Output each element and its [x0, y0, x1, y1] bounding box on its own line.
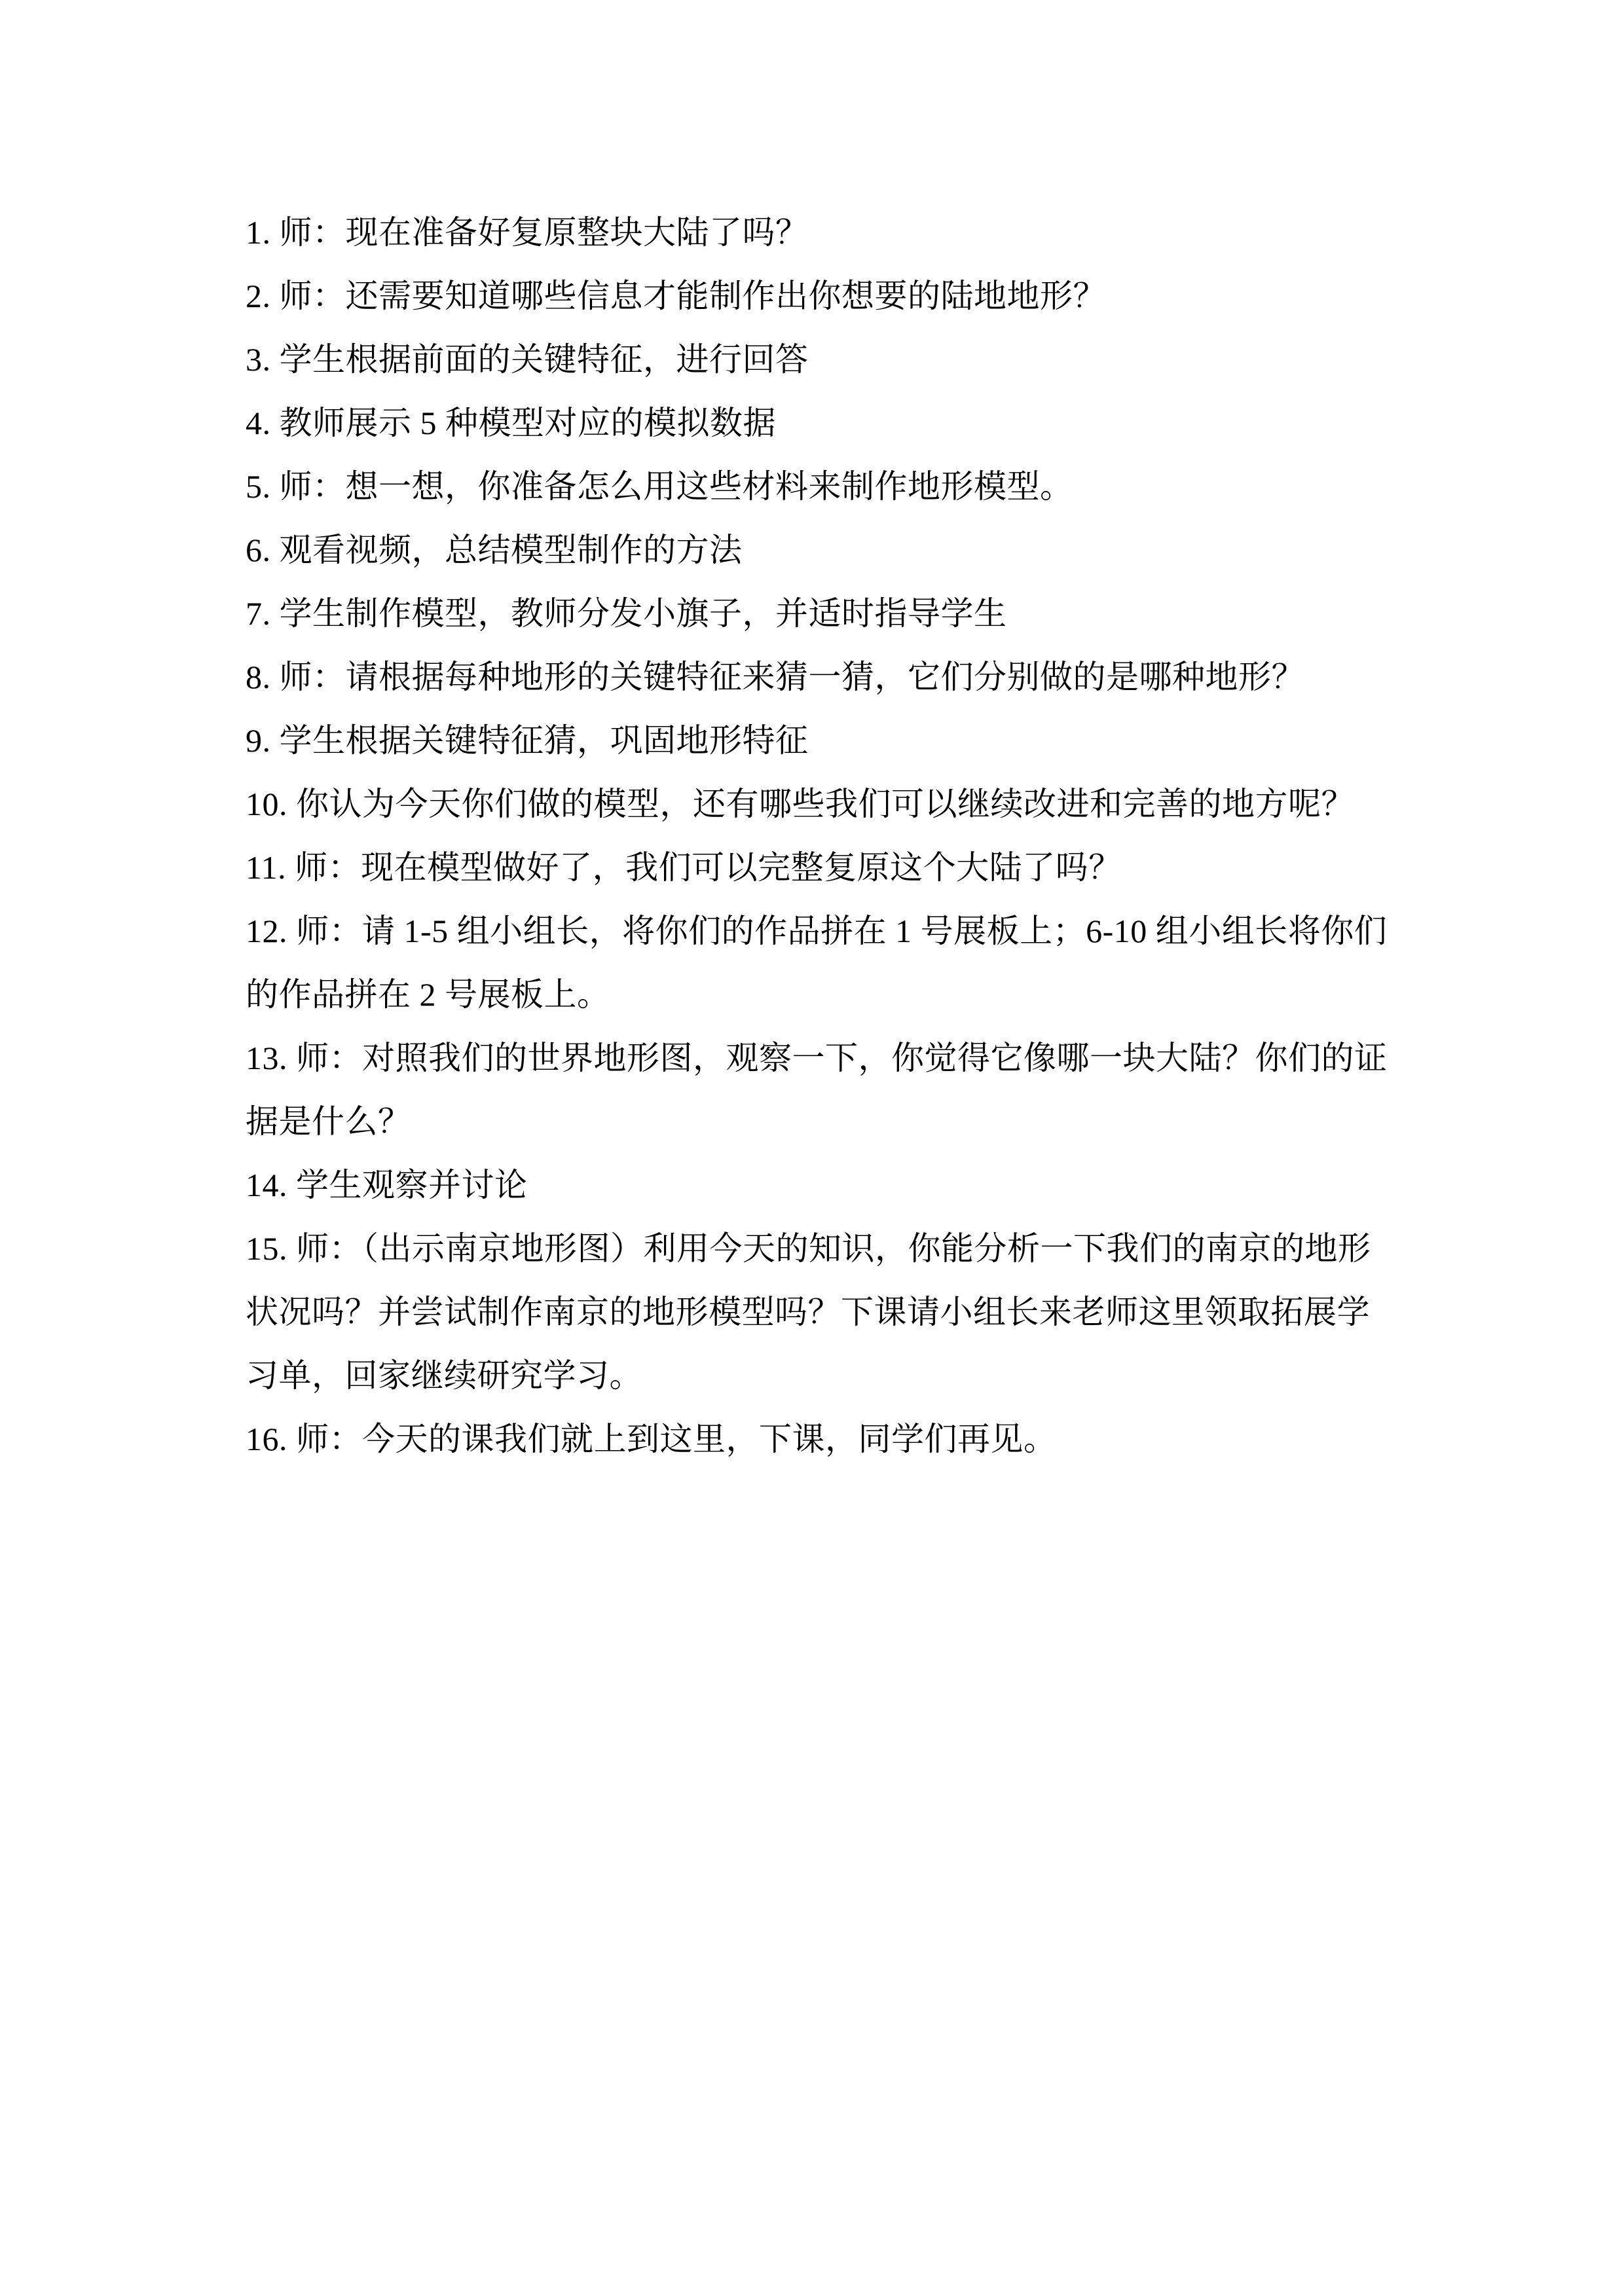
- script-step-9: 9. 学生根据关键特征猜，巩固地形特征: [246, 709, 1444, 773]
- script-step-8: 8. 师：请根据每种地形的关键特征来猜一猜，它们分别做的是哪种地形？: [246, 646, 1444, 709]
- document-page: 1. 师：现在准备好复原整块大陆了吗？ 2. 师：还需要知道哪些信息才能制作出你…: [0, 0, 1624, 2296]
- script-step-12: 12. 师：请 1-5 组小组长，将你们的作品拼在 1 号展板上；6-10 组小…: [246, 900, 1444, 963]
- script-step-13: 13. 师：对照我们的世界地形图，观察一下，你觉得它像哪一块大陆？你们的证: [246, 1027, 1444, 1090]
- script-step-5: 5. 师：想一想，你准备怎么用这些材料来制作地形模型。: [246, 455, 1444, 519]
- script-step-4: 4. 教师展示 5 种模型对应的模拟数据: [246, 392, 1444, 455]
- script-step-1: 1. 师：现在准备好复原整块大陆了吗？: [246, 201, 1444, 264]
- script-step-15-cont1: 状况吗？并尝试制作南京的地形模型吗？下课请小组长来老师这里领取拓展学: [246, 1281, 1444, 1344]
- script-step-7: 7. 学生制作模型，教师分发小旗子，并适时指导学生: [246, 582, 1444, 646]
- lesson-script-list: 1. 师：现在准备好复原整块大陆了吗？ 2. 师：还需要知道哪些信息才能制作出你…: [246, 201, 1444, 1471]
- script-step-3: 3. 学生根据前面的关键特征，进行回答: [246, 328, 1444, 392]
- script-step-6: 6. 观看视频，总结模型制作的方法: [246, 519, 1444, 582]
- script-step-13-cont: 据是什么？: [246, 1090, 1444, 1154]
- script-step-10: 10. 你认为今天你们做的模型，还有哪些我们可以继续改进和完善的地方呢？: [246, 773, 1444, 836]
- script-step-11: 11. 师：现在模型做好了，我们可以完整复原这个大陆了吗？: [246, 836, 1444, 900]
- script-step-14: 14. 学生观察并讨论: [246, 1154, 1444, 1217]
- script-step-16: 16. 师：今天的课我们就上到这里，下课，同学们再见。: [246, 1408, 1444, 1471]
- script-step-12-cont: 的作品拼在 2 号展板上。: [246, 963, 1444, 1027]
- script-step-2: 2. 师：还需要知道哪些信息才能制作出你想要的陆地地形？: [246, 264, 1444, 328]
- script-step-15-cont2: 习单，回家继续研究学习。: [246, 1344, 1444, 1408]
- script-step-15: 15. 师：（出示南京地形图）利用今天的知识，你能分析一下我们的南京的地形: [246, 1217, 1444, 1281]
